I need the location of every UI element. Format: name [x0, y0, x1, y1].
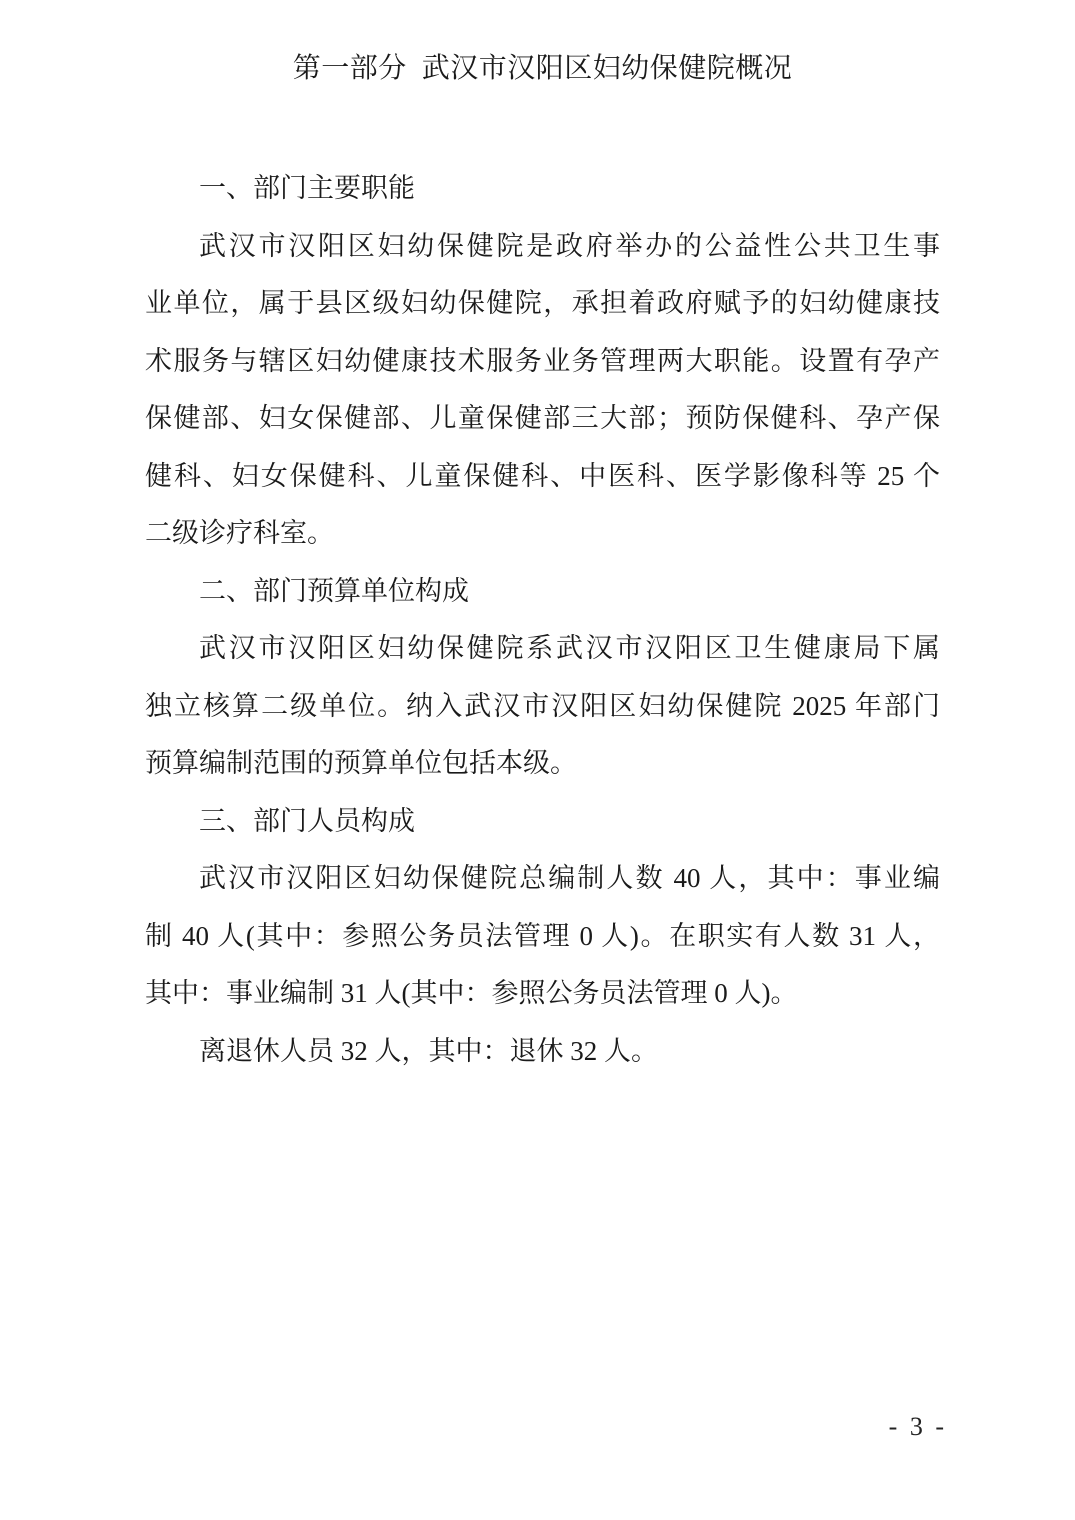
text-line: 其中：事业编制 31 人(其中：参照公务员法管理 0 人)。 — [145, 965, 940, 1023]
text-line: 制 40 人(其中：参照公务员法管理 0 人)。在职实有人数 31 人， — [145, 908, 940, 966]
text-line: 武汉市汉阳区妇幼保健院是政府举办的公益性公共卫生事 — [145, 218, 940, 276]
text-line: 业单位，属于县区级妇幼保健院，承担着政府赋予的妇幼健康技 — [145, 275, 940, 333]
section-heading: 三、部门人员构成 — [145, 793, 940, 851]
text-line: 二级诊疗科室。 — [145, 505, 940, 563]
document-body: 一、部门主要职能武汉市汉阳区妇幼保健院是政府举办的公益性公共卫生事业单位，属于县… — [145, 160, 940, 1080]
text-line: 离退休人员 32 人，其中：退休 32 人。 — [145, 1023, 940, 1081]
text-line: 武汉市汉阳区妇幼保健院总编制人数 40 人，其中：事业编 — [145, 850, 940, 908]
section-heading: 一、部门主要职能 — [145, 160, 940, 218]
text-line: 预算编制范围的预算单位包括本级。 — [145, 735, 940, 793]
text-line: 健科、妇女保健科、儿童保健科、中医科、医学影像科等 25 个 — [145, 448, 940, 506]
text-line: 术服务与辖区妇幼健康技术服务业务管理两大职能。设置有孕产 — [145, 333, 940, 391]
document-page: 第一部分 武汉市汉阳区妇幼保健院概况 一、部门主要职能武汉市汉阳区妇幼保健院是政… — [0, 0, 1075, 1520]
text-line: 独立核算二级单位。纳入武汉市汉阳区妇幼保健院 2025 年部门 — [145, 678, 940, 736]
section-heading: 二、部门预算单位构成 — [145, 563, 940, 621]
text-line: 武汉市汉阳区妇幼保健院系武汉市汉阳区卫生健康局下属 — [145, 620, 940, 678]
page-number: - 3 - — [889, 1412, 947, 1441]
page-footer: - 3 - — [889, 1412, 947, 1442]
document-title: 第一部分 武汉市汉阳区妇幼保健院概况 — [145, 52, 940, 86]
text-line: 保健部、妇女保健部、儿童保健部三大部；预防保健科、孕产保 — [145, 390, 940, 448]
